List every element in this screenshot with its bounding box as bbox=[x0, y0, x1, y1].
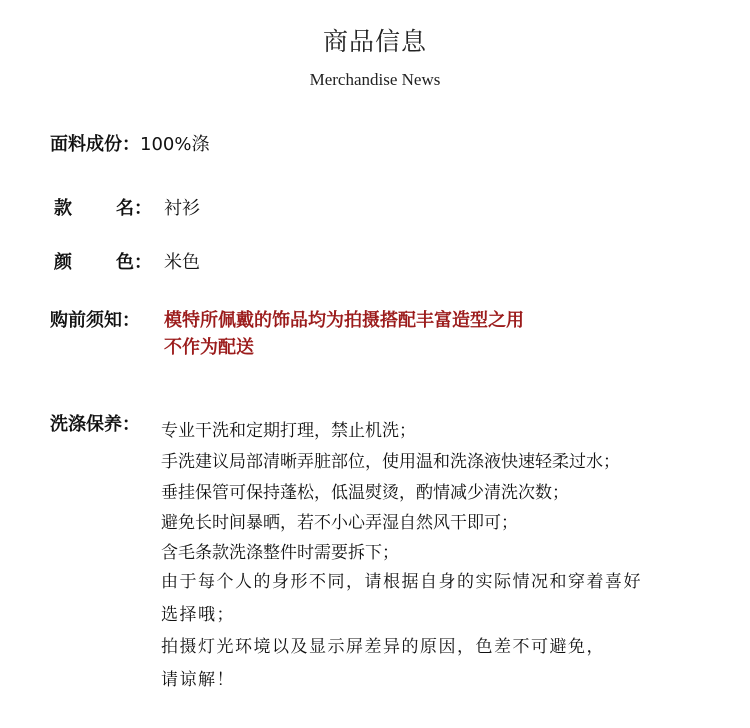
style-label-a: 款 bbox=[54, 198, 116, 220]
color-row: 颜色：米色 bbox=[54, 252, 200, 274]
notice-label: 购前须知： bbox=[50, 310, 164, 332]
fabric-value: 100%涤 bbox=[140, 134, 209, 156]
notice-line-2: 不作为配送 bbox=[164, 337, 254, 359]
care-row: 洗涤保养： bbox=[50, 414, 140, 436]
care-line: 垂挂保管可保持蓬松，低温熨烫，酌情减少清洗次数； bbox=[161, 478, 569, 503]
notice-row: 购前须知：模特所佩戴的饰品均为拍摄搭配丰富造型之用 bbox=[50, 310, 524, 332]
care-line: 含毛条款洗涤整件时需要拆下； bbox=[161, 538, 399, 563]
style-row: 款名：衬衫 bbox=[54, 198, 200, 220]
fabric-label: 面料成份： bbox=[50, 134, 140, 156]
color-label-b: 色： bbox=[116, 252, 164, 274]
care-line: 选择哦； bbox=[161, 600, 235, 625]
page-title: 商品信息 bbox=[0, 22, 750, 58]
care-line: 请谅解！ bbox=[161, 665, 235, 690]
care-line: 手洗建议局部清晰弄脏部位，使用温和洗涤液快速轻柔过水； bbox=[161, 447, 620, 472]
page-subtitle: Merchandise News bbox=[0, 70, 750, 90]
care-label: 洗涤保养： bbox=[50, 414, 140, 436]
fabric-row: 面料成份：100%涤 bbox=[50, 134, 209, 156]
care-line: 专业干洗和定期打理，禁止机洗； bbox=[161, 416, 416, 441]
care-line: 拍摄灯光环境以及显示屏差异的原因，色差不可避免， bbox=[161, 632, 605, 657]
care-line: 由于每个人的身形不同，请根据自身的实际情况和穿着喜好 bbox=[161, 567, 642, 592]
care-line: 避免长时间暴晒，若不小心弄湿自然风干即可； bbox=[161, 508, 518, 533]
style-label-b: 名： bbox=[116, 198, 164, 220]
notice-line-1: 模特所佩戴的饰品均为拍摄搭配丰富造型之用 bbox=[164, 310, 524, 332]
color-value: 米色 bbox=[164, 252, 200, 274]
style-value: 衬衫 bbox=[164, 198, 200, 220]
color-label-a: 颜 bbox=[54, 252, 116, 274]
